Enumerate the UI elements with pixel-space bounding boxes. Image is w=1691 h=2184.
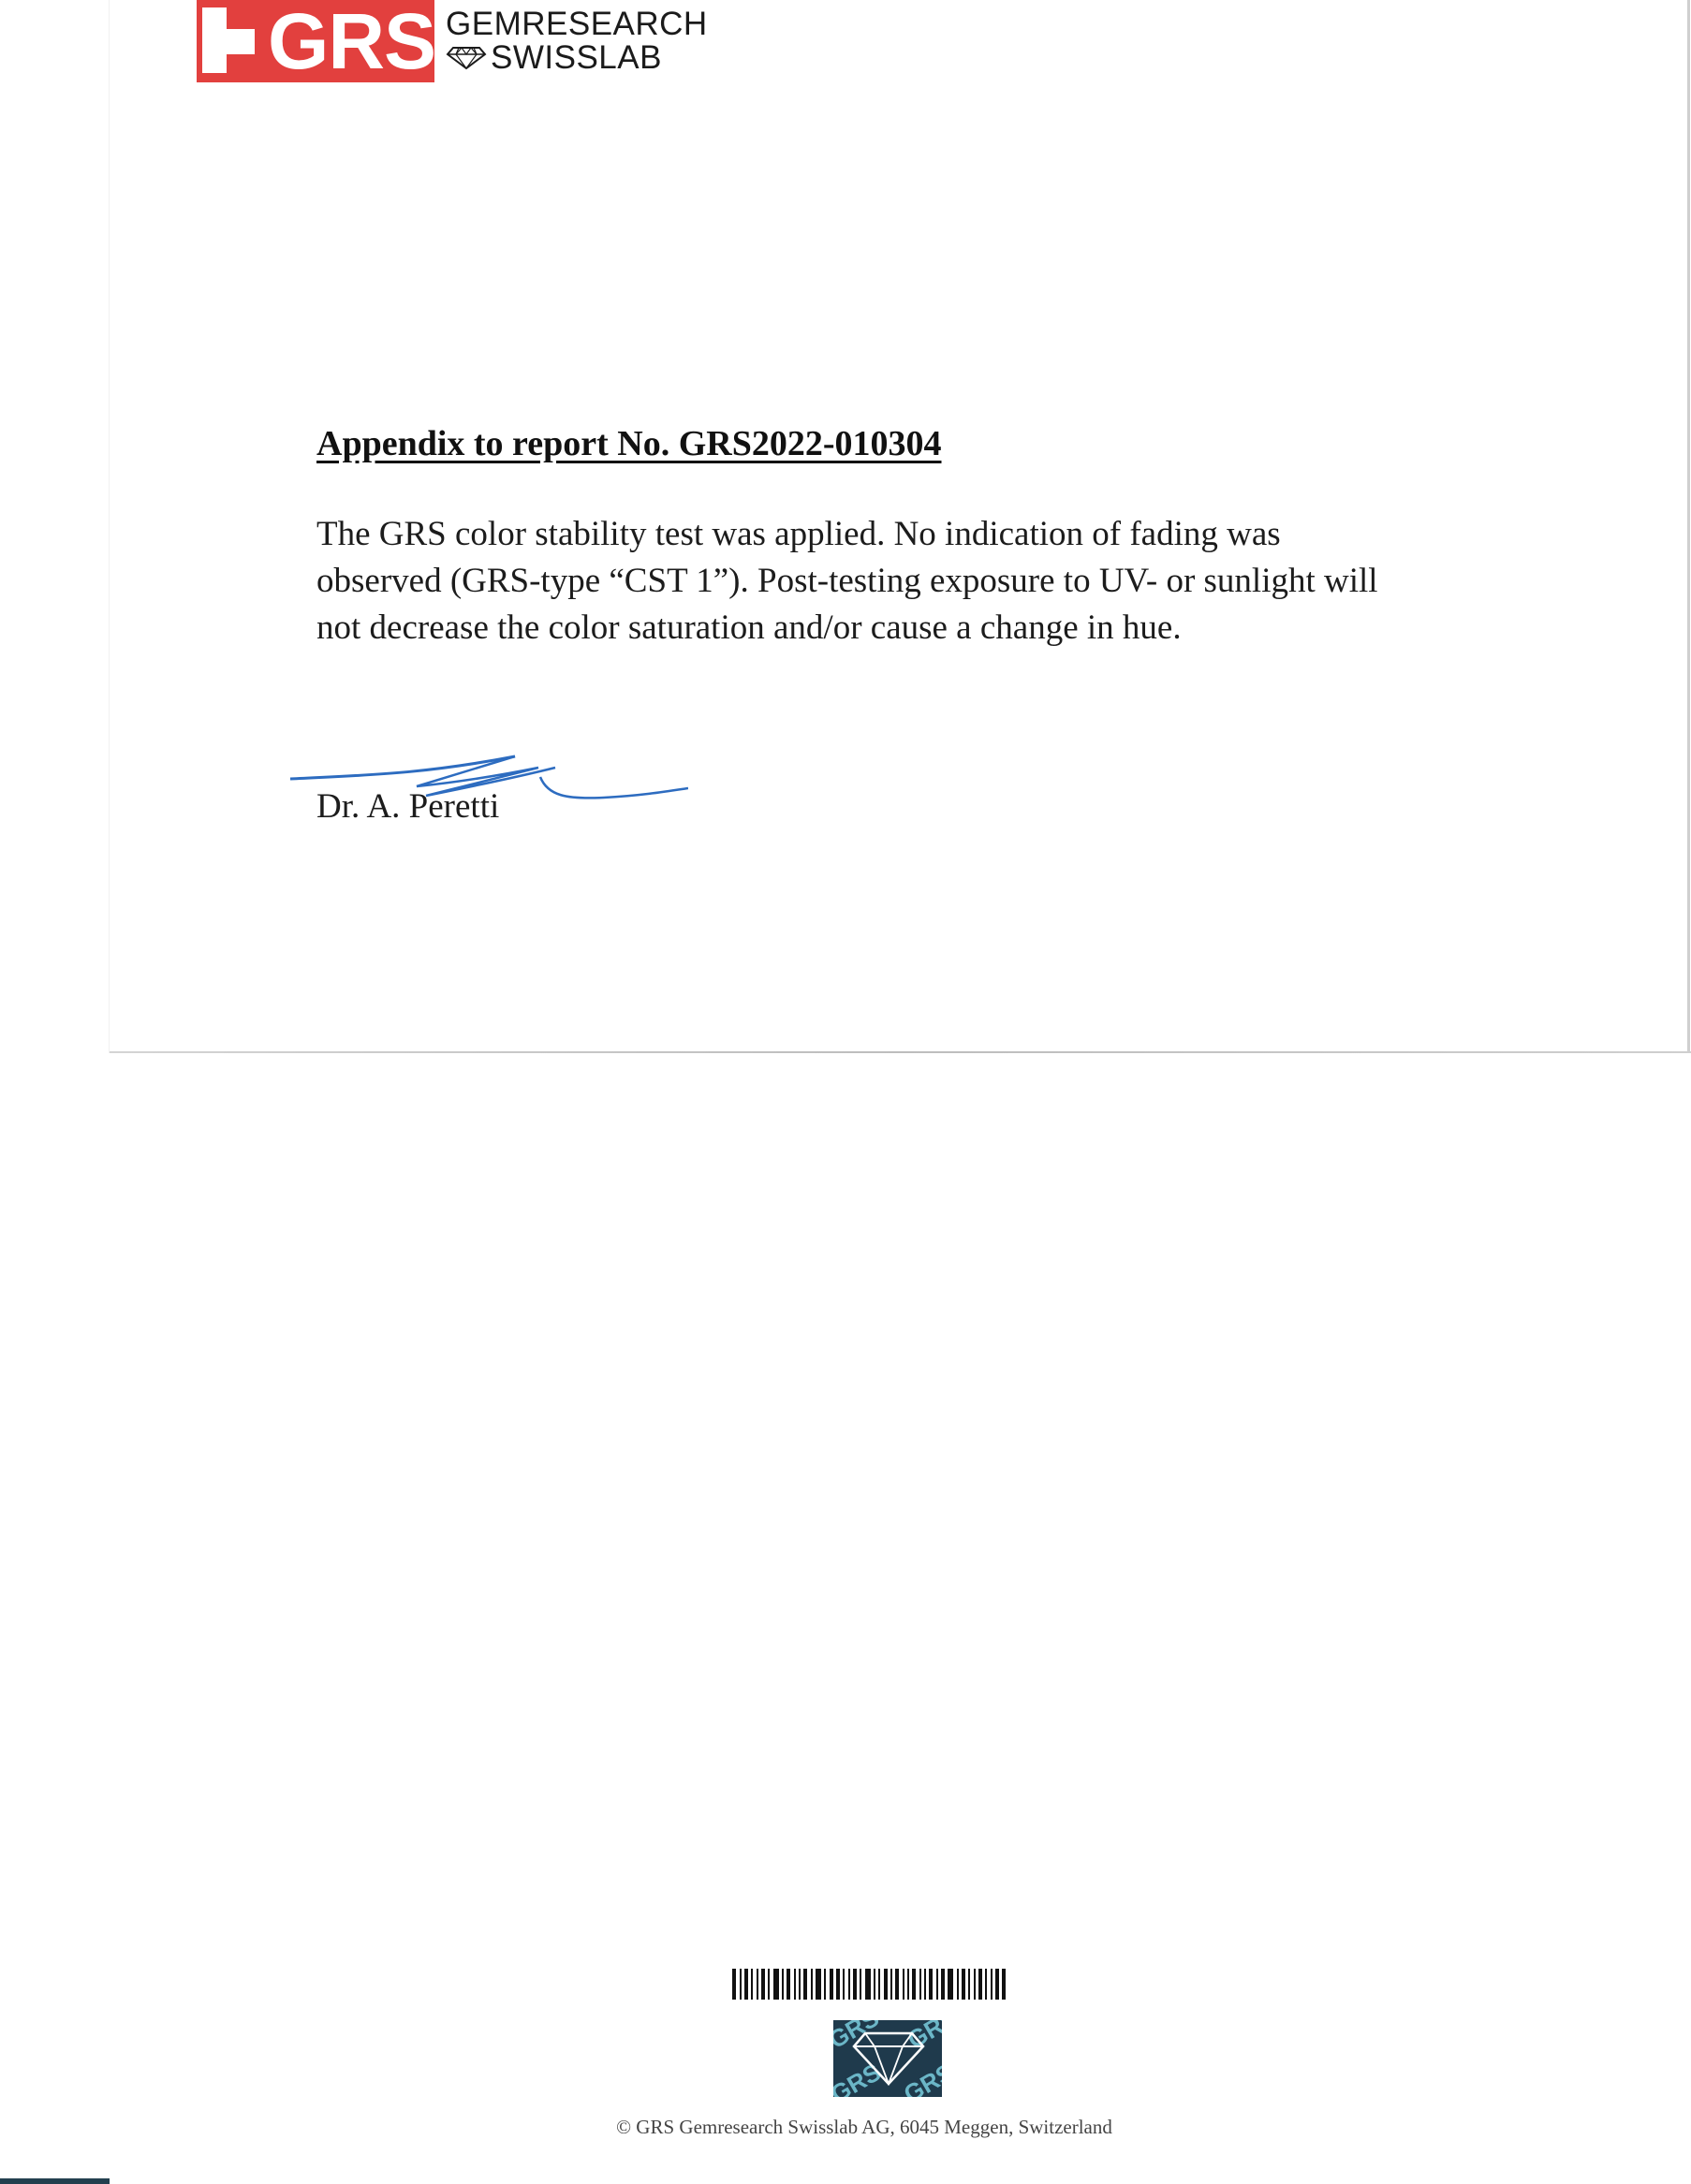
barcode-bar [787, 1969, 790, 2000]
logo-mark: GRS [268, 0, 435, 82]
barcode-bar [929, 1969, 933, 2000]
diamond-icon [852, 2030, 925, 2086]
barcode-bar [773, 1969, 779, 2000]
appendix-title: Appendix to report No. GRS2022-010304 [316, 423, 942, 464]
barcode-bar [803, 1969, 807, 2000]
barcode-bar [878, 1969, 880, 2000]
barcode-bar [811, 1969, 813, 2000]
appendix-body: The GRS color stability test was applied… [316, 511, 1552, 652]
body-line: The GRS color stability test was applied… [316, 511, 1552, 558]
barcode-bar [757, 1969, 758, 2000]
barcode-bar [830, 1969, 833, 2000]
scan-edge-bar [0, 2178, 110, 2184]
barcode-bar [848, 1969, 850, 2000]
grs-logo: GRS GEMRESEARCH SWISSLAB [197, 0, 708, 82]
barcode-bar [782, 1969, 784, 2000]
barcode-bar [1002, 1969, 1006, 2000]
barcode-bar [962, 1969, 965, 2000]
logo-line-1: GEMRESEARCH [446, 7, 708, 41]
barcode-bar [985, 1969, 987, 2000]
barcode-icon [732, 1969, 1066, 2000]
barcode-bar [853, 1969, 857, 2000]
barcode-bar [816, 1969, 821, 2000]
barcode-bar [843, 1969, 845, 2000]
barcode-bar [912, 1969, 916, 2000]
barcode-bar [751, 1969, 753, 2000]
grs-hologram-seal-icon: GRS GRS GRS GRS [833, 2020, 942, 2097]
body-line: not decrease the color saturation and/or… [316, 605, 1552, 652]
logo-line-2: SWISSLAB [491, 41, 662, 75]
barcode-bar [732, 1969, 736, 2000]
logo-wordmark: GEMRESEARCH SWISSLAB [446, 7, 708, 75]
barcode-bar [924, 1969, 926, 2000]
barcode-bar [907, 1969, 909, 2000]
barcode-bar [936, 1969, 938, 2000]
barcode-bar [740, 1969, 742, 2000]
barcode-bar [991, 1969, 993, 2000]
barcode-bar [919, 1969, 921, 2000]
barcode-bar [865, 1969, 871, 2000]
barcode-bar [860, 1969, 861, 2000]
barcode-bar [794, 1969, 796, 2000]
swiss-cross-icon-part [202, 7, 227, 73]
barcode-bar [957, 1969, 959, 2000]
barcode-bar [761, 1969, 765, 2000]
page-fold-line [110, 1051, 1691, 1053]
lower-sheet [0, 1053, 1691, 2184]
footer-copyright: © GRS Gemresearch Swisslab AG, 6045 Megg… [0, 2116, 1691, 2139]
signer-name: Dr. A. Peretti [316, 786, 499, 827]
diamond-icon [446, 46, 487, 70]
barcode-bar [824, 1969, 826, 2000]
barcode-bar [744, 1969, 748, 2000]
barcode-bar [884, 1969, 888, 2000]
barcode-bar [799, 1969, 801, 2000]
barcode-bar [978, 1969, 982, 2000]
body-line: observed (GRS-type “CST 1”). Post-testin… [316, 558, 1552, 605]
barcode-bar [948, 1969, 953, 2000]
barcode-bar [874, 1969, 875, 2000]
page-edge-right [1687, 0, 1690, 1053]
barcode-bar [995, 1969, 999, 2000]
barcode-bar [941, 1969, 945, 2000]
barcode-bar [968, 1969, 970, 2000]
barcode-bar [903, 1969, 904, 2000]
barcode-bar [890, 1969, 892, 2000]
barcode-bar [768, 1969, 770, 2000]
barcode-bar [895, 1969, 899, 2000]
page-edge [109, 0, 110, 1053]
logo-line-2-row: SWISSLAB [446, 41, 708, 75]
logo-red-box: GRS [197, 0, 434, 82]
barcode-bar [974, 1969, 976, 2000]
barcode-bar [836, 1969, 840, 2000]
